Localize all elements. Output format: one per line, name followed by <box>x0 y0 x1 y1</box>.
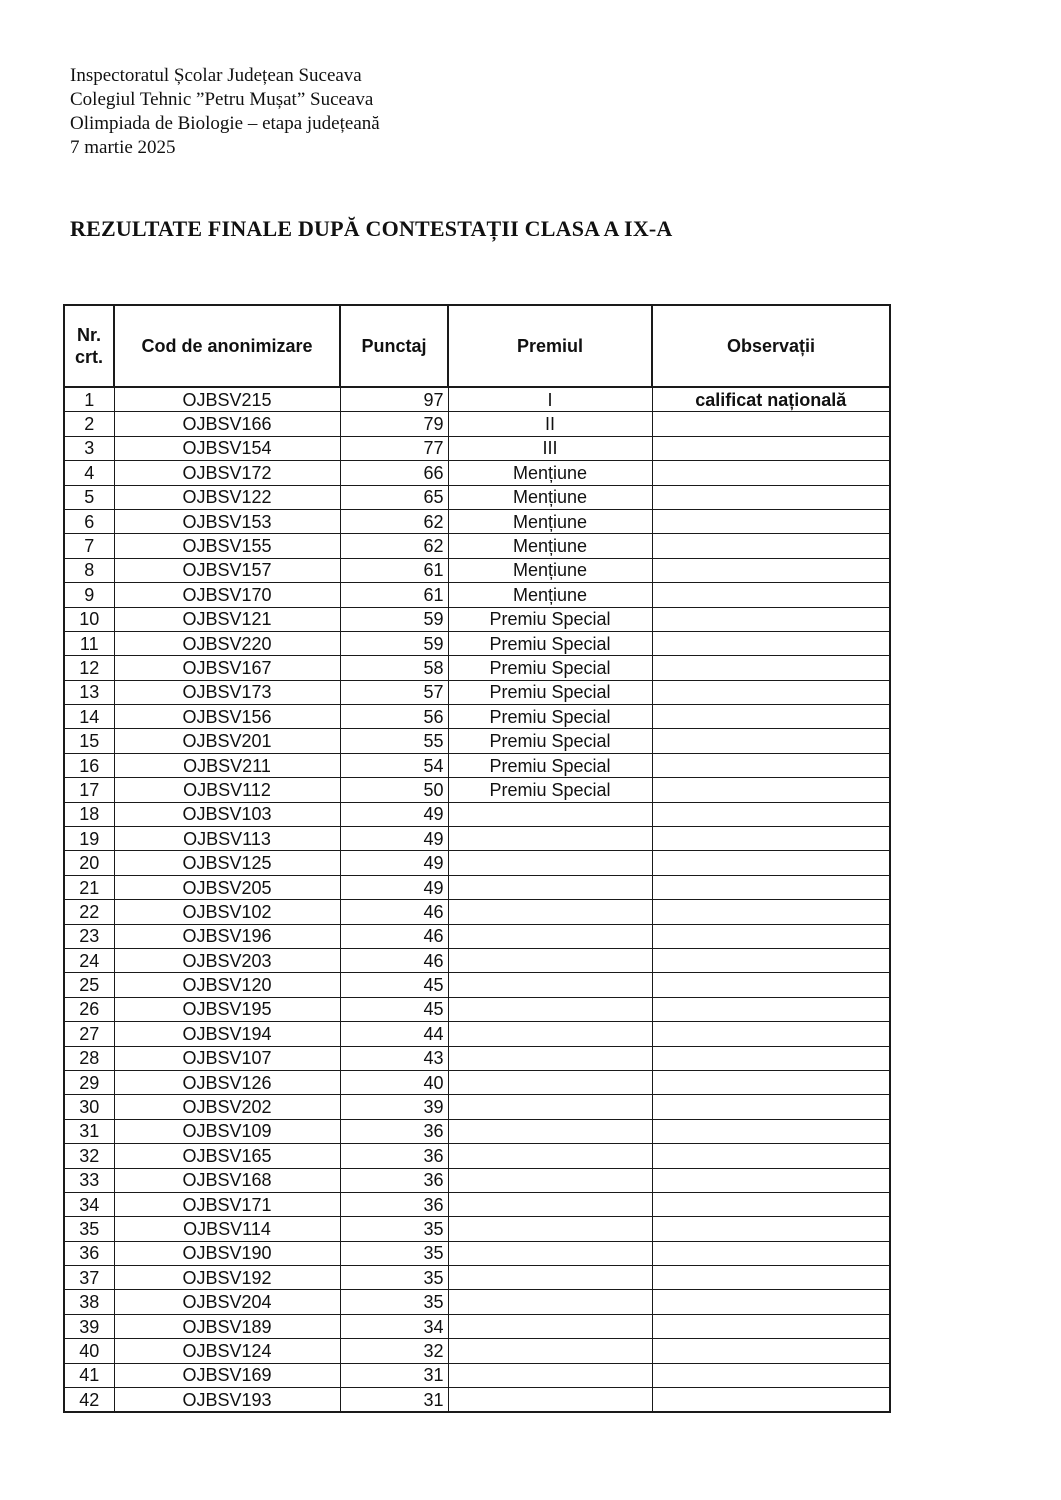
prize-cell: Premiu Special <box>448 631 652 655</box>
observation-cell <box>652 729 890 753</box>
anon-code-cell: OJBSV190 <box>114 1241 340 1265</box>
score-cell: 36 <box>340 1144 448 1168</box>
anon-code-cell: OJBSV125 <box>114 851 340 875</box>
prize-cell <box>448 875 652 899</box>
observation-cell <box>652 1095 890 1119</box>
anon-code-cell: OJBSV107 <box>114 1046 340 1070</box>
anon-code-cell: OJBSV166 <box>114 412 340 436</box>
anon-code-cell: OJBSV168 <box>114 1168 340 1192</box>
table-row: 39OJBSV18934 <box>64 1314 890 1338</box>
prize-cell <box>448 1388 652 1413</box>
anon-code-cell: OJBSV202 <box>114 1095 340 1119</box>
anon-code-cell: OJBSV170 <box>114 583 340 607</box>
score-cell: 49 <box>340 802 448 826</box>
row-number-cell: 10 <box>64 607 114 631</box>
observation-cell <box>652 948 890 972</box>
observation-cell <box>652 631 890 655</box>
table-row: 5OJBSV12265Mențiune <box>64 485 890 509</box>
prize-cell <box>448 1290 652 1314</box>
anon-code-cell: OJBSV195 <box>114 997 340 1021</box>
prize-cell <box>448 1314 652 1338</box>
table-row: 10OJBSV12159Premiu Special <box>64 607 890 631</box>
observation-cell <box>652 509 890 533</box>
score-cell: 65 <box>340 485 448 509</box>
anon-code-cell: OJBSV205 <box>114 875 340 899</box>
anon-code-cell: OJBSV121 <box>114 607 340 631</box>
row-number-cell: 1 <box>64 387 114 412</box>
prize-cell: Mențiune <box>448 485 652 509</box>
table-row: 28OJBSV10743 <box>64 1046 890 1070</box>
anon-code-cell: OJBSV153 <box>114 509 340 533</box>
table-row: 9OJBSV17061Mențiune <box>64 583 890 607</box>
prize-cell <box>448 1241 652 1265</box>
observation-cell <box>652 827 890 851</box>
score-cell: 35 <box>340 1241 448 1265</box>
score-cell: 46 <box>340 948 448 972</box>
table-row: 24OJBSV20346 <box>64 948 890 972</box>
prize-cell: Mențiune <box>448 461 652 485</box>
score-cell: 35 <box>340 1217 448 1241</box>
prize-cell: Premiu Special <box>448 778 652 802</box>
table-row: 30OJBSV20239 <box>64 1095 890 1119</box>
row-number-cell: 29 <box>64 1070 114 1094</box>
table-row: 2OJBSV16679II <box>64 412 890 436</box>
table-row: 22OJBSV10246 <box>64 900 890 924</box>
table-row: 19OJBSV11349 <box>64 827 890 851</box>
table-row: 26OJBSV19545 <box>64 997 890 1021</box>
anon-code-cell: OJBSV196 <box>114 924 340 948</box>
header-date: 7 martie 2025 <box>70 136 380 160</box>
row-number-cell: 8 <box>64 558 114 582</box>
observation-cell <box>652 1266 890 1290</box>
prize-cell <box>448 900 652 924</box>
anon-code-cell: OJBSV112 <box>114 778 340 802</box>
prize-cell: III <box>448 436 652 460</box>
table-body: 1OJBSV21597Icalificat națională2OJBSV166… <box>64 387 890 1412</box>
row-number-cell: 28 <box>64 1046 114 1070</box>
score-cell: 66 <box>340 461 448 485</box>
prize-cell: Mențiune <box>448 534 652 558</box>
score-cell: 36 <box>340 1168 448 1192</box>
observation-cell <box>652 705 890 729</box>
anon-code-cell: OJBSV215 <box>114 387 340 412</box>
row-number-cell: 5 <box>64 485 114 509</box>
anon-code-cell: OJBSV201 <box>114 729 340 753</box>
table-row: 7OJBSV15562Mențiune <box>64 534 890 558</box>
table-row: 11OJBSV22059Premiu Special <box>64 631 890 655</box>
document-header: Inspectoratul Școlar Județean Suceava Co… <box>70 64 380 160</box>
row-number-cell: 41 <box>64 1363 114 1387</box>
anon-code-cell: OJBSV157 <box>114 558 340 582</box>
table-row: 36OJBSV19035 <box>64 1241 890 1265</box>
table-row: 38OJBSV20435 <box>64 1290 890 1314</box>
row-number-cell: 18 <box>64 802 114 826</box>
row-number-cell: 21 <box>64 875 114 899</box>
anon-code-cell: OJBSV192 <box>114 1266 340 1290</box>
row-number-cell: 9 <box>64 583 114 607</box>
observation-cell <box>652 1363 890 1387</box>
prize-cell: Premiu Special <box>448 753 652 777</box>
score-cell: 31 <box>340 1363 448 1387</box>
prize-cell: Mențiune <box>448 558 652 582</box>
table-row: 34OJBSV17136 <box>64 1192 890 1216</box>
anon-code-cell: OJBSV189 <box>114 1314 340 1338</box>
prize-cell <box>448 1095 652 1119</box>
observation-cell <box>652 851 890 875</box>
row-number-cell: 36 <box>64 1241 114 1265</box>
row-number-cell: 13 <box>64 680 114 704</box>
score-cell: 61 <box>340 558 448 582</box>
row-number-cell: 6 <box>64 509 114 533</box>
row-number-cell: 2 <box>64 412 114 436</box>
score-cell: 54 <box>340 753 448 777</box>
score-cell: 55 <box>340 729 448 753</box>
prize-cell <box>448 1192 652 1216</box>
prize-cell <box>448 1266 652 1290</box>
prize-cell: Premiu Special <box>448 729 652 753</box>
observation-cell <box>652 558 890 582</box>
observation-cell <box>652 1168 890 1192</box>
row-number-cell: 30 <box>64 1095 114 1119</box>
score-cell: 45 <box>340 997 448 1021</box>
anon-code-cell: OJBSV171 <box>114 1192 340 1216</box>
table-row: 35OJBSV11435 <box>64 1217 890 1241</box>
score-cell: 35 <box>340 1266 448 1290</box>
header-olimpiada: Olimpiada de Biologie – etapa județeană <box>70 112 380 136</box>
observation-cell <box>652 436 890 460</box>
prize-cell <box>448 1070 652 1094</box>
observation-cell <box>652 1241 890 1265</box>
observation-cell <box>652 412 890 436</box>
row-number-cell: 38 <box>64 1290 114 1314</box>
table-row: 6OJBSV15362Mențiune <box>64 509 890 533</box>
row-number-cell: 33 <box>64 1168 114 1192</box>
row-number-cell: 16 <box>64 753 114 777</box>
anon-code-cell: OJBSV155 <box>114 534 340 558</box>
observation-cell <box>652 1290 890 1314</box>
row-number-cell: 3 <box>64 436 114 460</box>
row-number-cell: 11 <box>64 631 114 655</box>
score-cell: 57 <box>340 680 448 704</box>
prize-cell: Mențiune <box>448 583 652 607</box>
row-number-cell: 39 <box>64 1314 114 1338</box>
observation-cell <box>652 1388 890 1413</box>
prize-cell <box>448 1144 652 1168</box>
prize-cell <box>448 802 652 826</box>
observation-cell <box>652 1046 890 1070</box>
header-inspectorat: Inspectoratul Școlar Județean Suceava <box>70 64 380 88</box>
table-header-row: Nr. crt. Cod de anonimizare Punctaj Prem… <box>64 305 890 387</box>
row-number-cell: 40 <box>64 1339 114 1363</box>
prize-cell <box>448 1046 652 1070</box>
observation-cell <box>652 680 890 704</box>
row-number-cell: 37 <box>64 1266 114 1290</box>
anon-code-cell: OJBSV114 <box>114 1217 340 1241</box>
prize-cell <box>448 948 652 972</box>
prize-cell <box>448 1217 652 1241</box>
anon-code-cell: OJBSV220 <box>114 631 340 655</box>
row-number-cell: 32 <box>64 1144 114 1168</box>
table-row: 13OJBSV17357Premiu Special <box>64 680 890 704</box>
anon-code-cell: OJBSV165 <box>114 1144 340 1168</box>
observation-cell <box>652 1192 890 1216</box>
anon-code-cell: OJBSV122 <box>114 485 340 509</box>
row-number-cell: 35 <box>64 1217 114 1241</box>
score-cell: 35 <box>340 1290 448 1314</box>
row-number-cell: 25 <box>64 973 114 997</box>
row-number-cell: 7 <box>64 534 114 558</box>
page-title: REZULTATE FINALE DUPĂ CONTESTAȚII CLASA … <box>70 216 673 242</box>
observation-cell: calificat națională <box>652 387 890 412</box>
prize-cell: Premiu Special <box>448 607 652 631</box>
table-row: 23OJBSV19646 <box>64 924 890 948</box>
observation-cell <box>652 1144 890 1168</box>
anon-code-cell: OJBSV113 <box>114 827 340 851</box>
prize-cell: I <box>448 387 652 412</box>
table-row: 42OJBSV19331 <box>64 1388 890 1413</box>
score-cell: 59 <box>340 631 448 655</box>
observation-cell <box>652 997 890 1021</box>
observation-cell <box>652 973 890 997</box>
observation-cell <box>652 1314 890 1338</box>
score-cell: 62 <box>340 534 448 558</box>
anon-code-cell: OJBSV120 <box>114 973 340 997</box>
anon-code-cell: OJBSV154 <box>114 436 340 460</box>
column-header-observatii: Observații <box>652 305 890 387</box>
anon-code-cell: OJBSV103 <box>114 802 340 826</box>
observation-cell <box>652 1217 890 1241</box>
anon-code-cell: OJBSV126 <box>114 1070 340 1094</box>
table-row: 31OJBSV10936 <box>64 1119 890 1143</box>
results-table: Nr. crt. Cod de anonimizare Punctaj Prem… <box>63 304 891 1413</box>
anon-code-cell: OJBSV173 <box>114 680 340 704</box>
row-number-cell: 27 <box>64 1022 114 1046</box>
score-cell: 39 <box>340 1095 448 1119</box>
prize-cell: Premiu Special <box>448 680 652 704</box>
table-row: 4OJBSV17266Mențiune <box>64 461 890 485</box>
score-cell: 46 <box>340 924 448 948</box>
anon-code-cell: OJBSV204 <box>114 1290 340 1314</box>
prize-cell <box>448 924 652 948</box>
table-row: 29OJBSV12640 <box>64 1070 890 1094</box>
score-cell: 49 <box>340 875 448 899</box>
table-row: 1OJBSV21597Icalificat națională <box>64 387 890 412</box>
prize-cell <box>448 827 652 851</box>
observation-cell <box>652 461 890 485</box>
score-cell: 50 <box>340 778 448 802</box>
anon-code-cell: OJBSV102 <box>114 900 340 924</box>
prize-cell: Premiu Special <box>448 656 652 680</box>
prize-cell <box>448 1022 652 1046</box>
observation-cell <box>652 1070 890 1094</box>
column-header-cod: Cod de anonimizare <box>114 305 340 387</box>
table-row: 33OJBSV16836 <box>64 1168 890 1192</box>
row-number-cell: 20 <box>64 851 114 875</box>
prize-cell <box>448 973 652 997</box>
row-number-cell: 23 <box>64 924 114 948</box>
prize-cell <box>448 997 652 1021</box>
score-cell: 32 <box>340 1339 448 1363</box>
row-number-cell: 4 <box>64 461 114 485</box>
observation-cell <box>652 802 890 826</box>
score-cell: 36 <box>340 1119 448 1143</box>
header-colegiu: Colegiul Tehnic ”Petru Mușat” Suceava <box>70 88 380 112</box>
anon-code-cell: OJBSV211 <box>114 753 340 777</box>
table-row: 3OJBSV15477III <box>64 436 890 460</box>
anon-code-cell: OJBSV172 <box>114 461 340 485</box>
observation-cell <box>652 924 890 948</box>
observation-cell <box>652 583 890 607</box>
column-header-premiul: Premiul <box>448 305 652 387</box>
prize-cell: II <box>448 412 652 436</box>
table-row: 18OJBSV10349 <box>64 802 890 826</box>
score-cell: 34 <box>340 1314 448 1338</box>
table-row: 21OJBSV20549 <box>64 875 890 899</box>
score-cell: 77 <box>340 436 448 460</box>
observation-cell <box>652 778 890 802</box>
table-row: 17OJBSV11250Premiu Special <box>64 778 890 802</box>
observation-cell <box>652 1022 890 1046</box>
anon-code-cell: OJBSV109 <box>114 1119 340 1143</box>
table-row: 20OJBSV12549 <box>64 851 890 875</box>
score-cell: 59 <box>340 607 448 631</box>
table-row: 15OJBSV20155Premiu Special <box>64 729 890 753</box>
score-cell: 62 <box>340 509 448 533</box>
table-row: 8OJBSV15761Mențiune <box>64 558 890 582</box>
score-cell: 79 <box>340 412 448 436</box>
observation-cell <box>652 900 890 924</box>
row-number-cell: 26 <box>64 997 114 1021</box>
table-row: 37OJBSV19235 <box>64 1266 890 1290</box>
row-number-cell: 17 <box>64 778 114 802</box>
observation-cell <box>652 1339 890 1363</box>
score-cell: 43 <box>340 1046 448 1070</box>
prize-cell: Mențiune <box>448 509 652 533</box>
row-number-cell: 24 <box>64 948 114 972</box>
table-row: 27OJBSV19444 <box>64 1022 890 1046</box>
score-cell: 58 <box>340 656 448 680</box>
prize-cell <box>448 1119 652 1143</box>
observation-cell <box>652 607 890 631</box>
row-number-cell: 34 <box>64 1192 114 1216</box>
score-cell: 44 <box>340 1022 448 1046</box>
score-cell: 56 <box>340 705 448 729</box>
observation-cell <box>652 485 890 509</box>
score-cell: 31 <box>340 1388 448 1413</box>
column-header-punctaj: Punctaj <box>340 305 448 387</box>
observation-cell <box>652 534 890 558</box>
score-cell: 49 <box>340 827 448 851</box>
anon-code-cell: OJBSV124 <box>114 1339 340 1363</box>
score-cell: 46 <box>340 900 448 924</box>
observation-cell <box>652 753 890 777</box>
score-cell: 36 <box>340 1192 448 1216</box>
prize-cell <box>448 851 652 875</box>
score-cell: 49 <box>340 851 448 875</box>
anon-code-cell: OJBSV194 <box>114 1022 340 1046</box>
table-row: 25OJBSV12045 <box>64 973 890 997</box>
row-number-cell: 19 <box>64 827 114 851</box>
prize-cell <box>448 1168 652 1192</box>
column-header-nr: Nr. crt. <box>64 305 114 387</box>
prize-cell: Premiu Special <box>448 705 652 729</box>
anon-code-cell: OJBSV167 <box>114 656 340 680</box>
score-cell: 97 <box>340 387 448 412</box>
row-number-cell: 15 <box>64 729 114 753</box>
table-row: 12OJBSV16758Premiu Special <box>64 656 890 680</box>
row-number-cell: 12 <box>64 656 114 680</box>
row-number-cell: 42 <box>64 1388 114 1413</box>
row-number-cell: 31 <box>64 1119 114 1143</box>
row-number-cell: 14 <box>64 705 114 729</box>
score-cell: 61 <box>340 583 448 607</box>
anon-code-cell: OJBSV203 <box>114 948 340 972</box>
observation-cell <box>652 875 890 899</box>
table-row: 40OJBSV12432 <box>64 1339 890 1363</box>
score-cell: 45 <box>340 973 448 997</box>
prize-cell <box>448 1363 652 1387</box>
score-cell: 40 <box>340 1070 448 1094</box>
row-number-cell: 22 <box>64 900 114 924</box>
table-row: 41OJBSV16931 <box>64 1363 890 1387</box>
table-row: 32OJBSV16536 <box>64 1144 890 1168</box>
anon-code-cell: OJBSV193 <box>114 1388 340 1413</box>
observation-cell <box>652 1119 890 1143</box>
observation-cell <box>652 656 890 680</box>
anon-code-cell: OJBSV156 <box>114 705 340 729</box>
prize-cell <box>448 1339 652 1363</box>
anon-code-cell: OJBSV169 <box>114 1363 340 1387</box>
table-row: 14OJBSV15656Premiu Special <box>64 705 890 729</box>
table-row: 16OJBSV21154Premiu Special <box>64 753 890 777</box>
